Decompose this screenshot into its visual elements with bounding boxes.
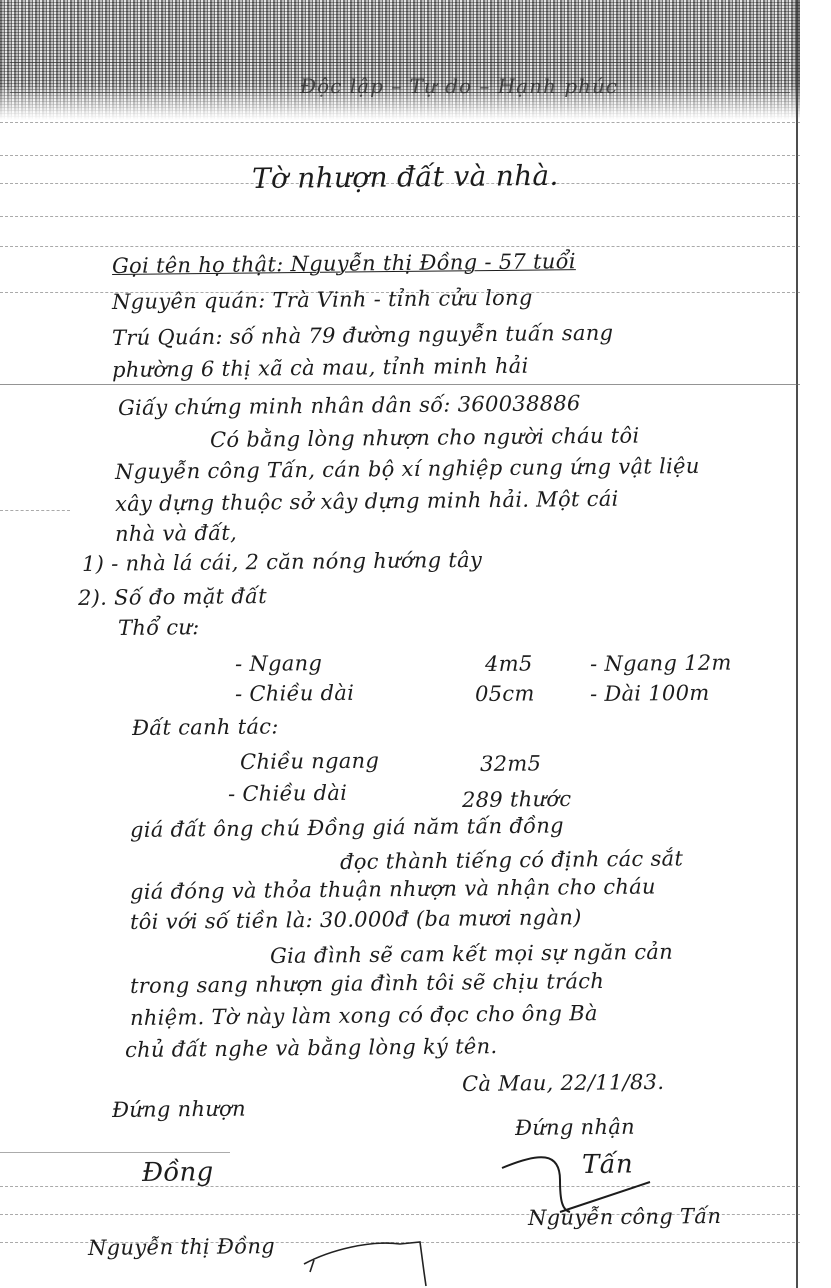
line-agreement-terms: giá đóng và thỏa thuận nhượn và nhận cho… bbox=[130, 874, 656, 904]
ruled-line bbox=[0, 122, 800, 123]
printed-name-transferor: Nguyễn thị Đồng bbox=[88, 1234, 275, 1260]
signature-transferor: Đồng bbox=[142, 1157, 214, 1188]
value-farmland-length: 289 thước bbox=[462, 787, 572, 812]
value-farmland-width: 32m5 bbox=[480, 751, 541, 776]
line-farmland-width-label: Chiều ngang bbox=[240, 749, 379, 774]
ruled-line bbox=[0, 384, 800, 385]
line-residence-cont: phường 6 thị xã cà mau, tỉnh minh hải bbox=[112, 354, 529, 382]
scanned-document-page: Độc lập – Tự do – Hạnh phúc Tờ nhượn đất… bbox=[0, 0, 831, 1288]
printed-name-recipient: Nguyễn công Tấn bbox=[528, 1204, 722, 1230]
line-read-aloud: nhiệm. Tờ này làm xong có đọc cho ông Bà bbox=[130, 1001, 598, 1030]
value-residential-width: 4m5 bbox=[485, 652, 533, 676]
line-property: nhà và đất, bbox=[115, 521, 237, 546]
line-price-cont: đọc thành tiếng có định các sắt bbox=[340, 846, 683, 874]
ruled-line bbox=[0, 246, 800, 247]
ruled-line bbox=[0, 1152, 230, 1153]
ruled-line bbox=[0, 216, 800, 217]
line-commitment-cont: trong sang nhượn gia đình tôi sẽ chịu tr… bbox=[130, 969, 604, 998]
line-signed: chủ đất nghe và bằng lòng ký tên. bbox=[125, 1034, 498, 1062]
ruled-line bbox=[0, 155, 800, 156]
line-id-card: Giấy chứng minh nhân dân số: 360038886 bbox=[118, 391, 581, 420]
signature-label-recipient: Đứng nhận bbox=[515, 1115, 635, 1140]
line-residential-land: Thổ cư: bbox=[118, 615, 200, 640]
value-length-right: - Dài 100m bbox=[590, 681, 710, 706]
value-width-right: - Ngang 12m bbox=[590, 651, 732, 676]
line-amount: tôi với số tiền là: 30.000đ (ba mươi ngà… bbox=[130, 905, 582, 934]
signature-label-transferor: Đứng nhượn bbox=[112, 1097, 246, 1122]
line-farmland: Đất canh tác: bbox=[132, 714, 279, 740]
ruled-line bbox=[0, 1186, 800, 1187]
page-border bbox=[796, 0, 798, 1288]
line-full-name: Gọi tên họ thật: Nguyễn thị Đồng - 57 tu… bbox=[112, 249, 576, 278]
date-line: Cà Mau, 22/11/83. bbox=[462, 1070, 665, 1096]
line-item-1: 1) - nhà lá cái, 2 căn nóng hướng tây bbox=[82, 548, 482, 576]
stamp-mark bbox=[300, 1232, 430, 1288]
line-farmland-length-label: - Chiều dài bbox=[228, 781, 347, 806]
line-commitment: Gia đình sẽ cam kết mọi sự ngăn cản bbox=[270, 940, 673, 968]
document-title: Tờ nhượn đất và nhà. bbox=[252, 159, 559, 195]
line-residence: Trú Quán: số nhà 79 đường nguyễn tuấn sa… bbox=[112, 321, 614, 350]
line-item-2: 2). Số đo mặt đất bbox=[78, 584, 267, 610]
line-agreement: Có bằng lòng nhượn cho người cháu tôi bbox=[210, 424, 640, 452]
line-width-label: - Ngang bbox=[235, 651, 322, 676]
header-motto: Độc lập – Tự do – Hạnh phúc bbox=[300, 74, 618, 98]
line-hometown: Nguyên quán: Trà Vinh - tỉnh cửu long bbox=[112, 286, 533, 314]
line-length-label: - Chiều dài bbox=[235, 681, 354, 706]
faded-header-band bbox=[0, 0, 800, 120]
ruled-line bbox=[0, 510, 70, 511]
line-recipient: Nguyễn công Tấn, cán bộ xí nghiệp cung ứ… bbox=[115, 454, 700, 484]
value-residential-length: 05cm bbox=[475, 681, 535, 706]
header-rule bbox=[10, 62, 790, 63]
line-price: giá đất ông chú Đồng giá năm tấn đồng bbox=[130, 813, 564, 842]
line-recipient-cont: xây dựng thuộc sở xây dựng minh hải. Một… bbox=[115, 487, 619, 516]
